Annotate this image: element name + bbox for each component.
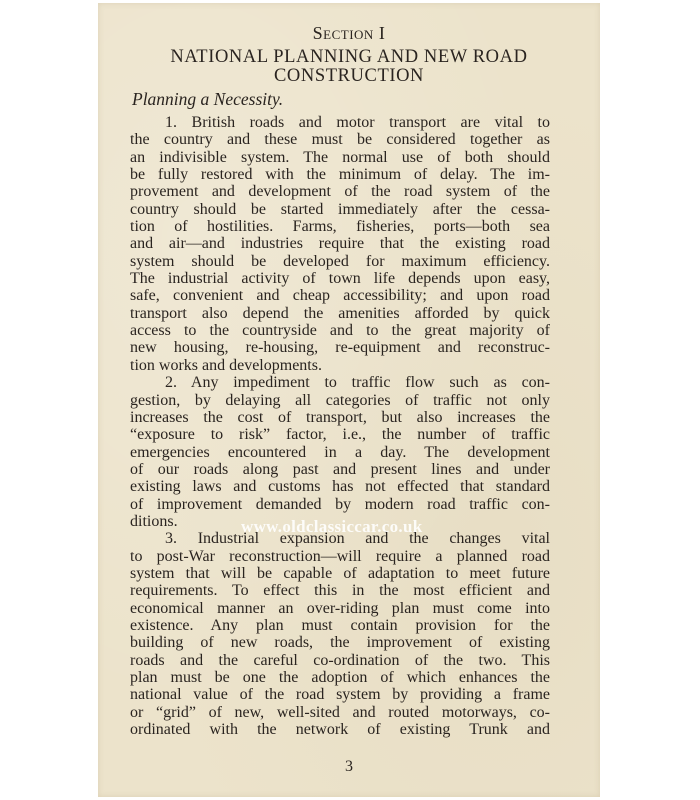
book-page: Section I NATIONAL PLANNING AND NEW ROAD…: [98, 3, 600, 797]
text-line: of improvement demanded by modern road t…: [130, 496, 550, 513]
text-line: and air—and industries require that the …: [130, 235, 550, 252]
text-line: tion of hostilities. Farms, fisheries, p…: [130, 218, 550, 235]
text-line: ordinated with the network of existing T…: [130, 721, 550, 738]
text-line: safe, convenient and cheap accessibility…: [130, 287, 550, 304]
text-line: be fully restored with the minimum of de…: [130, 166, 550, 183]
text-line: to post-War reconstruction—will require …: [130, 548, 550, 565]
text-line: or “grid” of new, well-sited and routed …: [130, 704, 550, 721]
text-line: system that will be capable of adaptatio…: [130, 565, 550, 582]
text-line: system should be developed for maximum e…: [130, 253, 550, 270]
body-text: 1. British roads and motor transport are…: [130, 114, 550, 738]
text-line: country should be started immediately af…: [130, 201, 550, 218]
text-line: tion works and developments.: [130, 357, 550, 374]
text-line: existence. Any plan must contain provisi…: [130, 617, 550, 634]
text-line: transport also depend the amenities affo…: [130, 305, 550, 322]
text-line: provement and development of the road sy…: [130, 183, 550, 200]
paragraph-2: 2. Any impediment to traffic flow such a…: [130, 374, 550, 530]
text-line: 2. Any impediment to traffic flow such a…: [130, 374, 550, 391]
text-line: building of new roads, the improvement o…: [130, 634, 550, 651]
text-line: “exposure to risk” factor, i.e., the num…: [130, 426, 550, 443]
section-label: Section I: [98, 23, 600, 44]
text-line: economical manner an over-riding plan mu…: [130, 600, 550, 617]
text-line: plan must be one the adoption of which e…: [130, 669, 550, 686]
text-line: roads and the careful co-ordination of t…: [130, 652, 550, 669]
title-line: NATIONAL PLANNING AND NEW ROAD: [98, 48, 600, 67]
text-line: existing laws and customs has not effect…: [130, 478, 550, 495]
title-line: CONSTRUCTION: [98, 67, 600, 86]
watermark: www.oldclassiccar.co.uk: [241, 517, 422, 537]
text-line: of our roads along past and present line…: [130, 461, 550, 478]
page-number: 3: [98, 758, 600, 776]
text-line: new housing, re-housing, re-equipment an…: [130, 339, 550, 356]
paragraph-1: 1. British roads and motor transport are…: [130, 114, 550, 374]
text-line: gestion, by delaying all categories of t…: [130, 392, 550, 409]
text-line: The industrial activity of town life dep…: [130, 270, 550, 287]
text-line: requirements. To effect this in the most…: [130, 582, 550, 599]
text-line: increases the cost of transport, but als…: [130, 409, 550, 426]
paragraph-3: 3. Industrial expansion and the changes …: [130, 530, 550, 738]
text-line: national value of the road system by pro…: [130, 686, 550, 703]
text-line: the country and these must be considered…: [130, 131, 550, 148]
text-line: emergencies encountered in a day. The de…: [130, 444, 550, 461]
subheading: Planning a Necessity.: [132, 89, 283, 110]
text-line: an indivisible system. The normal use of…: [130, 149, 550, 166]
page-title: NATIONAL PLANNING AND NEW ROAD CONSTRUCT…: [98, 48, 600, 86]
text-line: 1. British roads and motor transport are…: [130, 114, 550, 131]
text-line: access to the countryside and to the gre…: [130, 322, 550, 339]
